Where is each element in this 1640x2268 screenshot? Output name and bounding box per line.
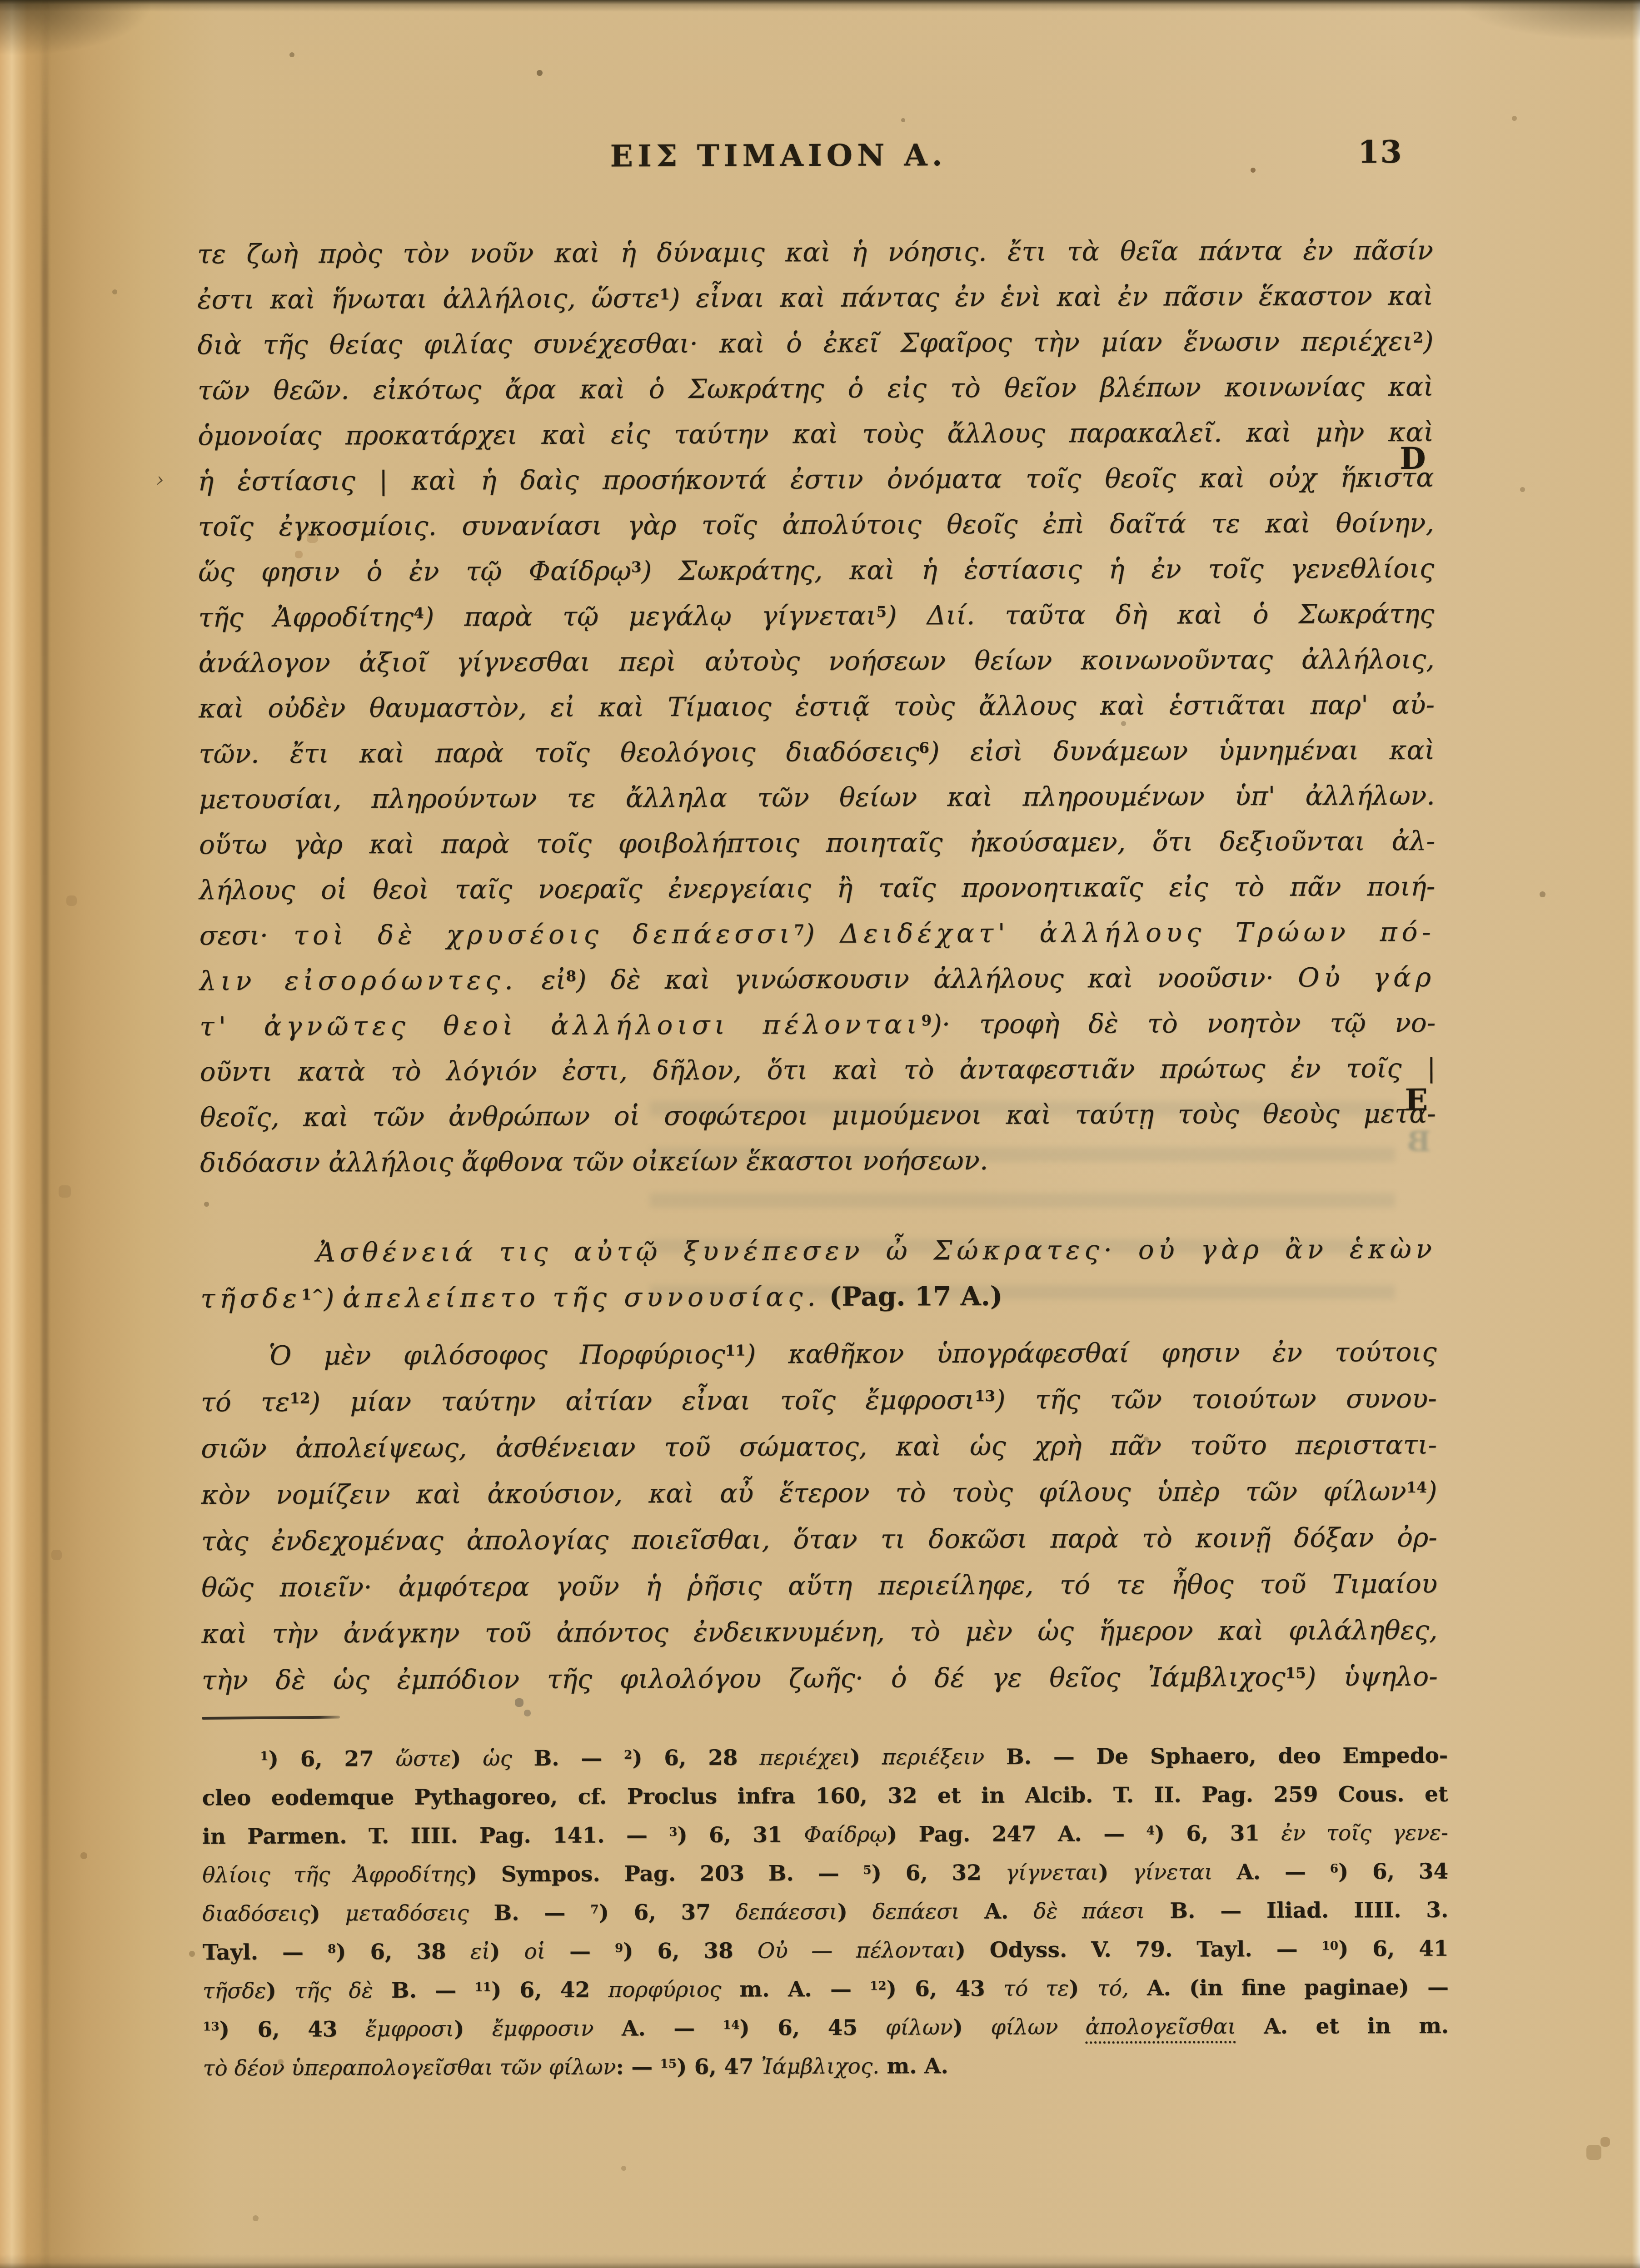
text-line: Ἀσθένειά τις αὐτῷ ξυνέπεσεν ὦ Σώκρατες· … — [200, 1226, 1436, 1276]
text-segment: ὥς φησιν ὁ ἐν τῷ Φαίδρῳ — [198, 555, 631, 587]
text-segment: τό τε — [1003, 1976, 1069, 2001]
text-segment: ὥστε — [395, 1746, 451, 1771]
text-segment: ) Σωκράτης, καὶ ἡ ἑστίασις ἡ ἐν τοῖς γεν… — [642, 553, 1435, 586]
text-segment: ἀπελείπετο τῆς συνουσίας. — [343, 1281, 820, 1313]
text-segment: φίλων — [991, 2014, 1085, 2040]
text-segment: ) 6, 31 — [1155, 1821, 1281, 1846]
text-segment: μετουσίαι, πληρούντων τε ἄλληλα τῶν θείω… — [199, 780, 1435, 815]
text-segment: τῆς δὲ — [294, 1978, 373, 2004]
text-segment: ) 6, 32 — [872, 1860, 1006, 1886]
text-segment: Ὁ μὲν φιλόσοφος Πορφύριος — [269, 1339, 725, 1371]
text-segment: B. — De Sphaero, deo Empedo- — [984, 1743, 1448, 1770]
text-segment: ) 6, 28 — [632, 1745, 759, 1771]
text-segment: ) ὑψηλο- — [1306, 1661, 1438, 1692]
text-line: τοῖς ἐγκοσμίοις. συνανίασι γὰρ τοῖς ἀπολ… — [198, 500, 1434, 550]
footnote-ref: 6 — [919, 739, 929, 756]
text-segment: διὰ τῆς θείας φιλίας συνέχεσθαι· καὶ ὁ ἐ… — [197, 326, 1413, 360]
porphyrius-paragraph: Ὁ μὲν φιλόσοφος Πορφύριος11) καθῆκον ὑπο… — [200, 1329, 1438, 1704]
text-segment: γίγνεται — [1005, 1860, 1098, 1885]
text-segment: τὸ δέον ὑπεραπολογεῖσθαι τῶν φίλων — [203, 2054, 616, 2081]
text-segment: ) 6, 45 — [739, 2015, 885, 2041]
text-segment: cleo eodemque Pythagoreo, cf. Proclus in… — [202, 1782, 1448, 1811]
text-segment: δὲ πάεσι — [1033, 1899, 1145, 1924]
footnote-ref: 5 — [863, 1863, 871, 1877]
text-segment: θεοῖς, καὶ τῶν ἀνθρώπων οἱ σοφώτεροι μιμ… — [200, 1098, 1436, 1133]
text-segment: ) 6, 38 — [623, 1938, 758, 1964]
text-segment: ) — [1069, 1976, 1097, 2001]
text-segment: θλίοις τῆς Ἀφροδίτης — [202, 1862, 467, 1888]
text-line: θεοῖς, καὶ τῶν ἀνθρώπων οἱ σοφώτεροι μιμ… — [200, 1091, 1436, 1140]
text-segment: εἰ — [470, 1939, 490, 1964]
text-line: Tayl. — 8) 6, 38 εἰ) οἱ — 9) 6, 38 Οὐ — … — [203, 1930, 1449, 1972]
text-segment: ) 6, 42 — [491, 1977, 608, 2003]
text-line: διαδόσεις) μεταδόσεις B. — 7) 6, 37 δεπά… — [202, 1891, 1448, 1934]
text-segment: ) Sympos. Pag. 203 B. — — [467, 1861, 863, 1887]
paper-specks — [0, 0, 2, 2]
text-line: λιν εἰσορόωντες. εἰ8) δὲ καὶ γινώσκουσιν… — [199, 955, 1436, 1004]
text-segment: Φαίδρῳ — [804, 1822, 887, 1848]
text-segment: ἡ ἑστίασις | καὶ ἡ δαὶς προσήκοντά ἐστιν… — [198, 462, 1434, 497]
text-segment: Δειδέχατ' ἀλλήλους Τρώων πό- — [840, 916, 1436, 949]
text-segment: : — — [616, 2054, 660, 2079]
text-segment: ἔμφροσιν — [492, 2016, 594, 2042]
text-segment: ) 6, 38 — [336, 1939, 470, 1965]
footnote-ref: 11 — [474, 1980, 491, 1994]
text-line: ὁμονοίας προκατάρχει καὶ εἰς ταύτην καὶ … — [198, 409, 1434, 459]
text-segment: ) παρὰ τῷ μεγάλῳ γίγνεται — [424, 600, 877, 632]
text-segment: ὡς — [483, 1746, 512, 1771]
text-segment: ) — [451, 1746, 483, 1771]
text-segment: Οὐ γάρ — [1298, 962, 1436, 993]
text-line: κὸν νομίζειν καὶ ἀκούσιον, καὶ αὖ ἕτερον… — [201, 1468, 1437, 1518]
footnote-ref: 12 — [289, 1390, 310, 1407]
text-line: τὴν δὲ ὡς ἐμπόδιον τῆς φιλολόγου ζωῆς· ὁ… — [202, 1653, 1438, 1704]
text-segment: Ἀσθένειά τις αὐτῷ ξυνέπεσεν ὦ Σώκρατες· … — [316, 1233, 1436, 1268]
footnote-ref: 13 — [975, 1388, 995, 1405]
text-line: οὕτω γὰρ καὶ παρὰ τοῖς φοιβολήπτοις ποιη… — [199, 818, 1435, 868]
text-segment: ) — [1427, 1476, 1437, 1507]
footnote-ref: 14 — [723, 2018, 740, 2032]
text-line: τό τε12) μίαν ταύτην αἰτίαν εἶναι τοῖς ἔ… — [201, 1375, 1437, 1426]
text-segment: τῶν θεῶν. εἰκότως ἄρα καὶ ὁ Σωκράτης ὁ ε… — [198, 371, 1434, 406]
footnote-ref: 12 — [870, 1979, 887, 1993]
footnote-ref: 1 — [659, 286, 670, 303]
text-segment: τ' ἀγνῶτες θεοὶ ἀλλήλοισι πέλονται — [199, 1009, 921, 1042]
footnote-ref: 3 — [631, 558, 642, 576]
text-segment: ) — [850, 1745, 882, 1770]
text-segment: περιέχει — [759, 1745, 850, 1771]
text-line: τῶν θεῶν. εἰκότως ἄρα καὶ ὁ Σωκράτης ὁ ε… — [198, 364, 1434, 413]
footnote-ref: 4 — [1146, 1824, 1154, 1838]
text-segment: δεπάεσι — [872, 1899, 960, 1925]
text-segment: καὶ τὴν ἀνάγκην τοῦ ἀπόντος ἐνδεικνυμένη… — [201, 1615, 1437, 1650]
text-line: ἀνάλογον ἀξιοῖ γίγνεσθαι περὶ αὐτοὺς νοή… — [199, 637, 1435, 686]
text-line: μετουσίαι, πληρούντων τε ἄλληλα τῶν θείω… — [199, 773, 1435, 822]
text-segment: φίλων — [885, 2015, 952, 2040]
text-segment: τε ζωὴ πρὸς τὸν νοῦν καὶ ἡ δύναμις καὶ ἡ… — [197, 235, 1433, 270]
footnote-ref: 11 — [725, 1342, 746, 1359]
text-segment: B. — Iliad. IIII. 3. — [1145, 1898, 1448, 1924]
text-line: θῶς ποιεῖν· ἀμφότερα γοῦν ἡ ῥῆσις αὕτη π… — [201, 1561, 1437, 1611]
text-segment: ) 6, 43 — [219, 2017, 365, 2042]
text-line: ἡ ἑστίασις | καὶ ἡ δαὶς προσήκοντά ἐστιν… — [198, 455, 1434, 504]
text-segment: — — [545, 1939, 615, 1964]
text-segment: ) 6, 31 — [677, 1822, 804, 1848]
text-segment: Οὐ — πέλονται — [758, 1938, 956, 1963]
text-segment: ) εἰσὶ δυνάμεων ὑμνημέναι καὶ — [929, 735, 1435, 767]
text-segment: B. — — [373, 1978, 475, 2003]
text-segment: κὸν νομίζειν καὶ ἀκούσιον, καὶ αὖ ἕτερον… — [201, 1476, 1406, 1510]
footnote-ref: 15 — [1286, 1665, 1306, 1682]
text-segment: Tayl. — — [203, 1940, 328, 1965]
text-segment: (Pag. 17 A.) — [820, 1281, 1002, 1312]
text-segment: οἱ — [524, 1939, 545, 1964]
text-segment: ) — [837, 1900, 872, 1925]
page-number: 13 — [1358, 134, 1403, 170]
text-segment: εἰ — [517, 965, 566, 995]
text-segment: δεπάεσσι — [736, 1900, 837, 1925]
text-segment: ) καθῆκον ὑπογράφεσθαί φησιν ἐν τούτοις — [746, 1337, 1437, 1370]
text-segment: in Parmen. T. IIII. Pag. 141. — — [202, 1823, 669, 1849]
text-segment: τῶν. ἔτι καὶ παρὰ τοῖς θεολόγοις διαδόσε… — [199, 736, 919, 769]
footnote-ref: 7 — [590, 1903, 598, 1917]
text-segment: ἀπολογεῖσθαι — [1085, 2014, 1236, 2039]
main-paragraph: τε ζωὴ πρὸς τὸν νοῦν καὶ ἡ δύναμις καὶ ἡ… — [197, 228, 1436, 1186]
text-segment: ) Odyss. V. 79. Tayl. — — [956, 1937, 1322, 1963]
text-segment: τὴν δὲ ὡς ἐμπόδιον τῆς φιλολόγου ζωῆς· ὁ… — [202, 1661, 1286, 1696]
text-segment: καὶ οὐδὲν θαυμαστὸν, εἰ καὶ Τίμαιος ἑστι… — [199, 689, 1435, 724]
text-segment: A. — — [1213, 1859, 1330, 1885]
text-segment: ) 6, 41 — [1338, 1936, 1449, 1962]
footnote-ref: 10 — [1321, 1939, 1338, 1953]
text-line: cleo eodemque Pythagoreo, cf. Proclus in… — [202, 1775, 1448, 1818]
footnote-ref: 1 — [260, 1749, 268, 1763]
text-line: τῆσδε1^) ἀπελείπετο τῆς συνουσίας. (Pag.… — [200, 1272, 1436, 1322]
text-segment: οῦντι κατὰ τὸ λόγιόν ἐστι, δῆλον, ὅτι κα… — [199, 1053, 1436, 1088]
page-content: ΕΙΣ ΤΙΜΑΙΟΝ Α. 13 › D E B τε ζωὴ πρὸς τὸ… — [0, 0, 1640, 2268]
text-line: διδόασιν ἀλλήλοις ἄφθονα τῶν οἰκείων ἕκα… — [200, 1136, 1436, 1186]
footnote-ref: 15 — [660, 2057, 677, 2071]
text-segment: ) — [490, 1939, 524, 1964]
text-line: διὰ τῆς θείας φιλίας συνέχεσθαι· καὶ ὁ ἐ… — [197, 318, 1433, 368]
footnotes-apparatus: 1) 6, 27 ὥστε) ὡς B. — 2) 6, 28 περιέχει… — [202, 1736, 1449, 2088]
scanned-book-page: ΕΙΣ ΤΙΜΑΙΟΝ Α. 13 › D E B τε ζωὴ πρὸς τὸ… — [0, 0, 1640, 2268]
text-line: καὶ οὐδὲν θαυμαστὸν, εἰ καὶ Τίμαιος ἑστι… — [199, 682, 1435, 731]
footnote-separator-rule — [202, 1716, 340, 1720]
text-segment: τῆσδε — [200, 1283, 301, 1314]
text-segment: ) 6, 34 — [1338, 1859, 1448, 1885]
text-segment: ) δὲ καὶ γινώσκουσιν ἀλλήλους καὶ νοοῦσι… — [576, 962, 1298, 995]
text-line: ἐστι καὶ ἥνωται ἀλλήλοις, ὥστε1) εἶναι κ… — [197, 273, 1433, 323]
footnote-ref: 9 — [615, 1941, 623, 1955]
text-segment: ) — [1098, 1860, 1132, 1885]
text-segment: θῶς ποιεῖν· ἀμφότερα γοῦν ἡ ῥῆσις αὕτη π… — [201, 1568, 1437, 1603]
text-segment: A. (in fine paginae) — — [1129, 1975, 1449, 2001]
text-segment: A. et in m. — [1236, 2014, 1449, 2039]
text-line: σεσι· τοὶ δὲ χρυσέοις δεπάεσσι7) Δειδέχα… — [199, 909, 1435, 959]
footnote-ref: 5 — [876, 603, 887, 621]
text-segment: ) — [454, 2016, 492, 2041]
margin-mark: › — [156, 468, 164, 492]
text-line: 1) 6, 27 ὥστε) ὡς B. — 2) 6, 28 περιέχει… — [202, 1736, 1448, 1779]
footnote-ref: 14 — [1406, 1479, 1427, 1496]
text-segment: ) — [804, 918, 840, 949]
text-line: οῦντι κατὰ τὸ λόγιόν ἐστι, δῆλον, ὅτι κα… — [199, 1045, 1436, 1095]
text-segment: λιν εἰσορόωντες. — [199, 965, 518, 996]
text-line: τῆσδε) τῆς δὲ B. — 11) 6, 42 πορφύριος m… — [203, 1968, 1449, 2011]
footnote-ref: 7 — [794, 921, 805, 939]
text-segment: ) εἶναι καὶ πάντας ἐν ἑνὶ καὶ ἐν πᾶσιν ἕ… — [670, 280, 1434, 313]
text-segment: ) — [266, 1979, 295, 2004]
text-segment: m. A. — [879, 2054, 948, 2079]
text-segment: ) — [952, 2015, 991, 2040]
text-line: τ' ἀγνῶτες θεοὶ ἀλλήλοισι πέλονται9)· τρ… — [199, 1000, 1436, 1049]
text-segment: τὰς ἐνδεχομένας ἀπολογίας ποιεῖσθαι, ὅτα… — [201, 1522, 1437, 1557]
text-line: θλίοις τῆς Ἀφροδίτης) Sympos. Pag. 203 B… — [202, 1852, 1448, 1895]
text-line: Ὁ μὲν φιλόσοφος Πορφύριος11) καθῆκον ὑπο… — [200, 1329, 1436, 1379]
footnote-ref: 1^ — [301, 1286, 324, 1303]
text-segment: Ἰάμβλιχος. — [761, 2054, 879, 2079]
text-segment: ) Διί. ταῦτα δὴ καὶ ὁ Σωκράτης — [887, 598, 1435, 631]
text-segment: περιέξειν — [882, 1745, 985, 1770]
footnote-ref: 6 — [1330, 1862, 1338, 1876]
text-segment: A. — — [593, 2016, 723, 2041]
text-segment: πορφύριος — [608, 1977, 721, 2003]
text-line: καὶ τὴν ἀνάγκην τοῦ ἀπόντος ἐνδεικνυμένη… — [201, 1607, 1437, 1657]
footnote-ref: 2 — [1413, 329, 1423, 346]
text-segment: ) μίαν ταύτην αἰτίαν εἶναι τοῖς ἔμφροσι — [310, 1384, 975, 1417]
text-line: λήλους οἱ θεοὶ ταῖς νοεραῖς ἐνεργείαις ἢ… — [199, 864, 1435, 913]
text-segment: B. — — [469, 1900, 591, 1926]
text-line: 13) 6, 43 ἔμφροσι) ἔμφροσιν A. — 14) 6, … — [203, 2007, 1449, 2049]
text-line: τε ζωὴ πρὸς τὸν νοῦν καὶ ἡ δύναμις καὶ ἡ… — [197, 228, 1433, 277]
footnote-ref: 8 — [566, 968, 576, 985]
text-line: τῆς Ἀφροδίτης4) παρὰ τῷ μεγάλῳ γίγνεται5… — [198, 591, 1434, 641]
text-line: ὥς φησιν ὁ ἐν τῷ Φαίδρῳ3) Σωκράτης, καὶ … — [198, 546, 1434, 595]
text-segment: ) τῆς τῶν τοιούτων συνου- — [995, 1383, 1437, 1415]
text-segment: ) — [310, 1901, 345, 1926]
text-segment: )· τροφὴ δὲ τὸ νοητὸν τῷ νο- — [932, 1007, 1436, 1039]
text-segment: m. A. — — [721, 1977, 870, 2002]
text-segment: οὕτω γὰρ καὶ παρὰ τοῖς φοιβολήπτοις ποιη… — [199, 826, 1435, 860]
text-line: in Parmen. T. IIII. Pag. 141. — 3) 6, 31… — [202, 1814, 1448, 1856]
text-segment: τό τε — [201, 1387, 290, 1418]
text-segment: ) — [324, 1283, 343, 1313]
text-line: τὰς ἐνδεχομένας ἀπολογίας ποιεῖσθαι, ὅτα… — [201, 1514, 1437, 1565]
text-segment: τῆσδε — [203, 1979, 266, 2004]
text-line: τῶν. ἔτι καὶ παρὰ τοῖς θεολόγοις διαδόσε… — [199, 727, 1435, 777]
text-segment: ἐν τοῖς γενε- — [1281, 1820, 1448, 1846]
text-line: τὸ δέον ὑπεραπολογεῖσθαι τῶν φίλων: — 15… — [203, 2045, 1449, 2088]
text-segment: ὁμονοίας προκατάρχει καὶ εἰς ταύτην καὶ … — [198, 417, 1434, 452]
footnote-ref: 3 — [669, 1825, 677, 1839]
footnote-ref: 4 — [414, 605, 424, 622]
text-segment: ) 6, 37 — [598, 1900, 735, 1925]
text-segment: ) 6, 47 — [677, 2054, 761, 2079]
text-line: σιῶν ἀπολείψεως, ἀσθένειαν τοῦ σώματος, … — [201, 1422, 1437, 1472]
text-segment: B. — — [512, 1746, 624, 1771]
text-segment: διαδόσεις — [202, 1901, 310, 1927]
text-segment: σιῶν ἀπολείψεως, ἀσθένειαν τοῦ σώματος, … — [201, 1429, 1437, 1464]
text-segment: μεταδόσεις — [345, 1900, 469, 1926]
footnote-ref: 9 — [921, 1012, 932, 1029]
text-segment: ) 6, 27 — [269, 1746, 396, 1772]
text-segment: τό, — [1097, 1976, 1129, 2001]
text-segment: ) Pag. 247 A. — — [887, 1821, 1147, 1847]
footnote-ref: 8 — [328, 1942, 336, 1956]
text-segment: γίνεται — [1132, 1860, 1213, 1885]
text-segment: ) — [1423, 326, 1434, 357]
running-title: ΕΙΣ ΤΙΜΑΙΟΝ Α. — [197, 136, 1360, 175]
footnote-ref: 2 — [624, 1748, 632, 1762]
text-segment: ) 6, 43 — [887, 1976, 1003, 2002]
text-segment: λήλους οἱ θεοὶ ταῖς νοεραῖς ἐνεργείαις ἢ… — [199, 871, 1435, 906]
text-segment: ἐστι καὶ ἥνωται ἀλλήλοις, ὥστε — [197, 283, 659, 315]
footnote-ref: 13 — [203, 2019, 219, 2034]
text-segment: τοὶ δὲ χρυσέοις δεπάεσσι — [294, 918, 794, 950]
text-segment: τῆς Ἀφροδίτης — [198, 602, 414, 633]
text-segment: ἀνάλογον ἀξιοῖ γίγνεσθαι περὶ αὐτοὺς νοή… — [199, 644, 1435, 679]
text-segment: σεσι· — [199, 920, 294, 951]
text-segment: A. — [960, 1899, 1034, 1925]
text-segment: ἔμφροσι — [365, 2017, 454, 2042]
lemma-quote: Ἀσθένειά τις αὐτῷ ξυνέπεσεν ὦ Σώκρατες· … — [200, 1226, 1437, 1322]
text-segment: διδόασιν ἀλλήλοις ἄφθονα τῶν οἰκείων ἕκα… — [200, 1145, 988, 1178]
text-segment: τοῖς ἐγκοσμίοις. συνανίασι γὰρ τοῖς ἀπολ… — [198, 507, 1434, 542]
